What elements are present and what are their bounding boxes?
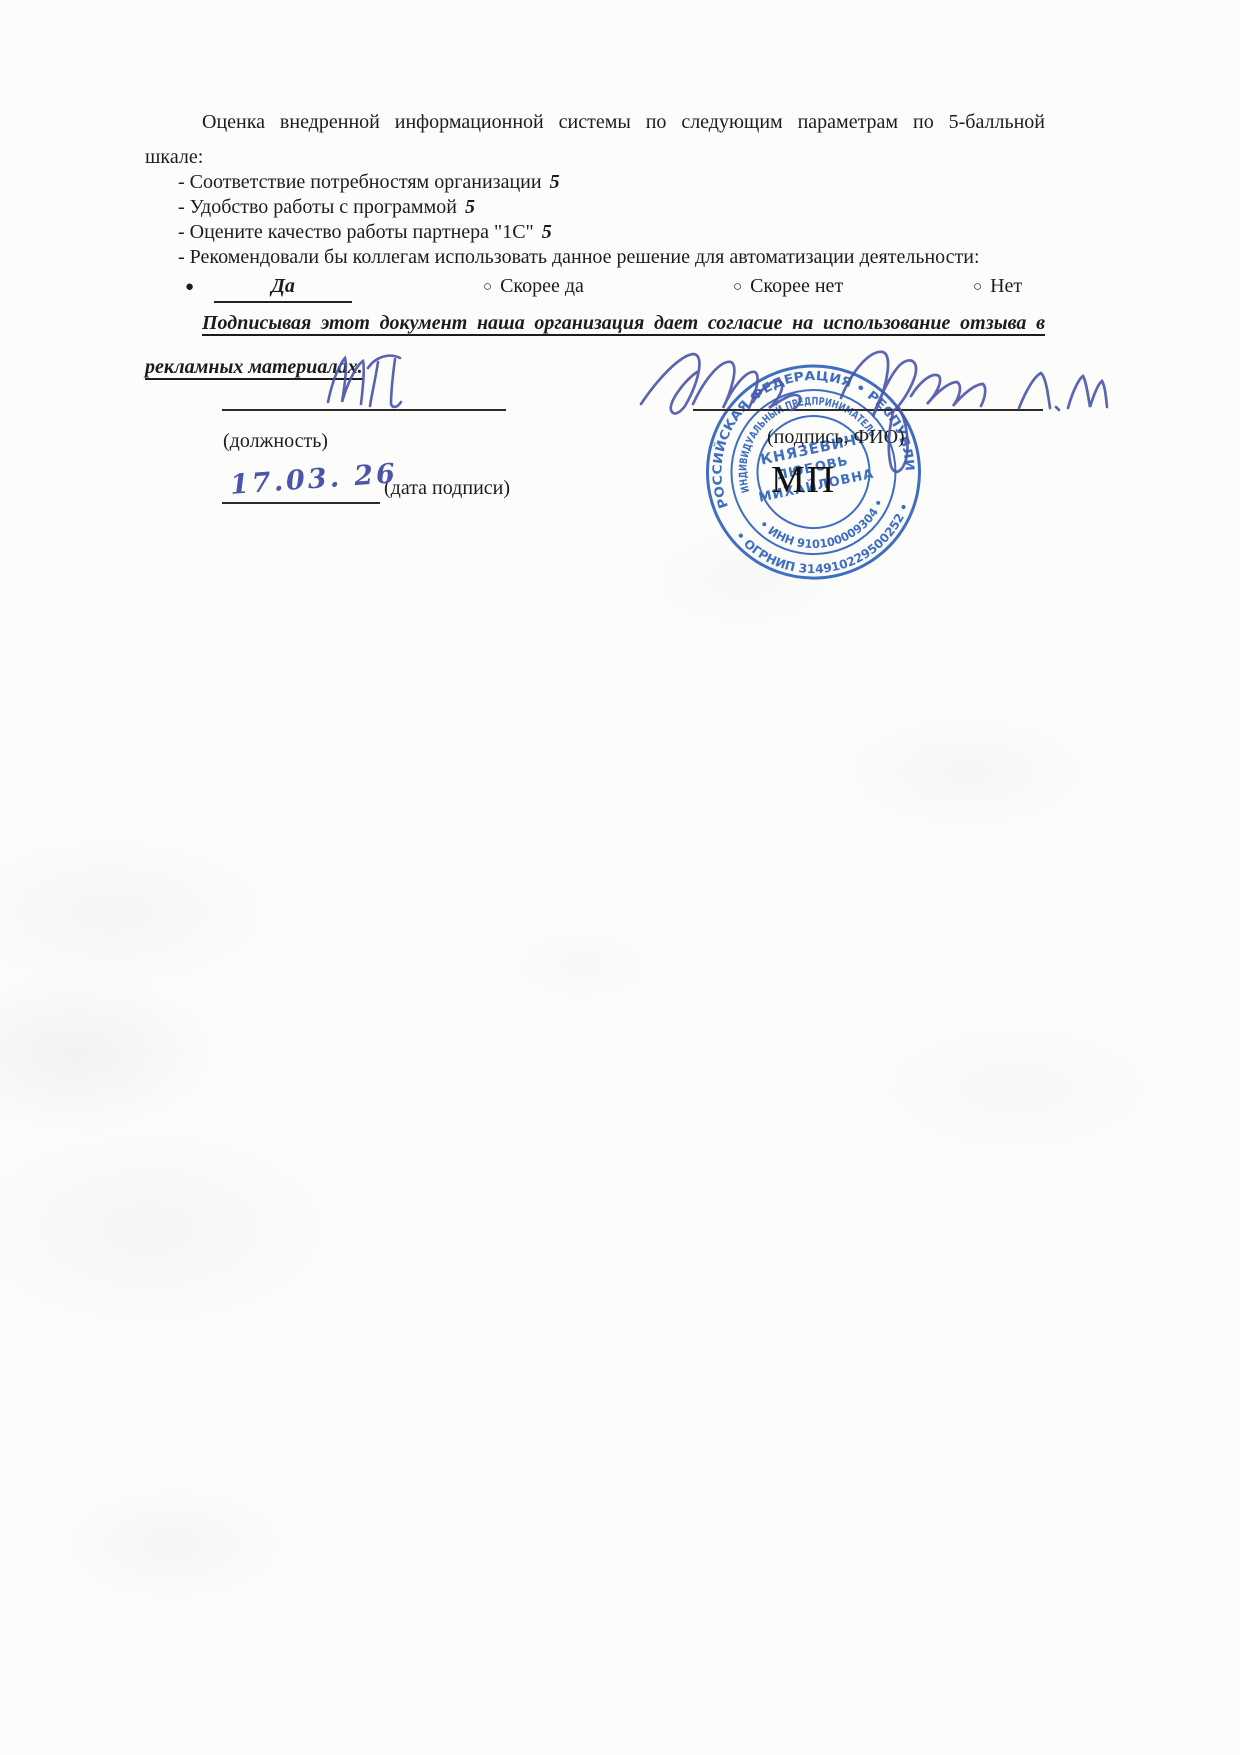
- option-label-da: Да: [214, 274, 352, 303]
- date-caption: (дата подписи): [384, 477, 510, 500]
- radio-option-da: ●Да: [185, 274, 352, 303]
- radio-option-net: ○Нет: [973, 274, 1022, 300]
- handwritten-date: 17.03. 26: [229, 458, 399, 501]
- handwritten-signature: [635, 338, 1110, 488]
- date-signature-line: [222, 502, 380, 504]
- rating-score-2: 5: [465, 196, 475, 218]
- radio-empty-icon: ○: [483, 279, 492, 295]
- consent-line-1: Подписывая этот документ наша организаци…: [145, 311, 1045, 336]
- scanned-review-document: Оценка внедренной информационной системы…: [0, 0, 1240, 1755]
- radio-option-skoree-da: ○Скорее да: [483, 274, 584, 300]
- radio-option-skoree-net: ○Скорее нет: [733, 274, 843, 300]
- rating-label-1: - Соответствие потребностям организации: [178, 171, 542, 193]
- radio-empty-icon: ○: [733, 279, 742, 295]
- radio-filled-icon: ●: [185, 279, 194, 295]
- radio-empty-icon: ○: [973, 279, 982, 295]
- intro-line-2: шкале:: [145, 145, 1045, 170]
- rating-score-1: 5: [550, 171, 560, 193]
- rating-score-3: 5: [542, 221, 552, 243]
- option-label-net: Нет: [990, 275, 1022, 297]
- rating-line: - Удобство работы с программой5: [145, 195, 1078, 220]
- intro-line-1: Оценка внедренной информационной системы…: [145, 110, 1045, 135]
- options-row: ●Да ○Скорее да ○Скорее нет ○Нет: [145, 274, 1045, 304]
- rating-label-3: - Оцените качество работы партнера "1С": [178, 221, 534, 243]
- recommend-question: - Рекомендовали бы коллегам использовать…: [145, 245, 1078, 270]
- option-label-skoree-net: Скорее нет: [750, 275, 843, 297]
- option-label-skoree-da: Скорее да: [500, 275, 584, 297]
- rating-line: - Оцените качество работы партнера "1С"5: [145, 220, 1078, 245]
- position-caption: (должность): [223, 430, 328, 453]
- rating-label-2: - Удобство работы с программой: [178, 196, 457, 218]
- handwritten-position-initials: [318, 346, 410, 418]
- rating-line: - Соответствие потребностям организации5: [145, 170, 1078, 195]
